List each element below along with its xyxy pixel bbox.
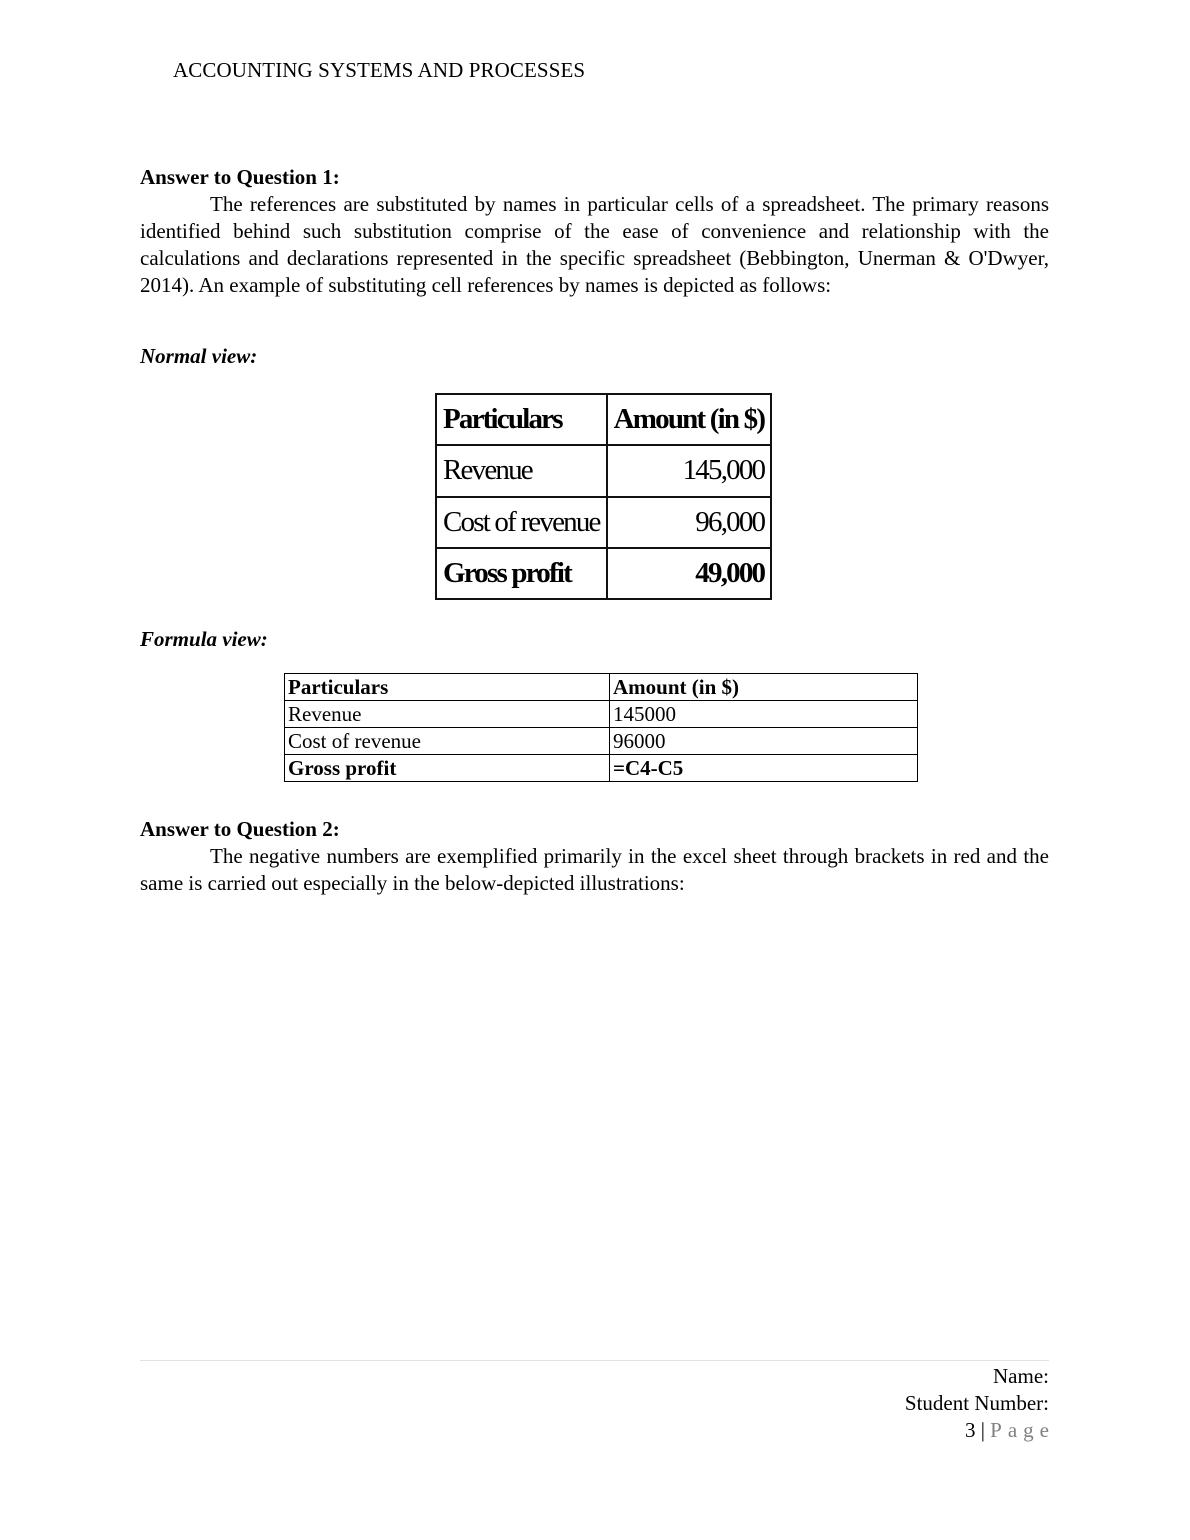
cell-label: Revenue (436, 445, 607, 496)
running-header: ACCOUNTING SYSTEMS AND PROCESSES (173, 58, 585, 83)
page-word: Page (990, 1418, 1055, 1442)
cell-value: 145000 (610, 701, 918, 728)
question-1-paragraph: The references are substituted by names … (140, 191, 1049, 299)
formula-view-label: Formula view: (140, 627, 268, 652)
cell-value: 49,000 (607, 548, 772, 599)
header-cell-particulars: Particulars (285, 674, 610, 701)
table-row: Revenue 145000 (285, 701, 918, 728)
table-row: Cost of revenue 96,000 (436, 497, 771, 548)
normal-view-label: Normal view: (140, 344, 257, 369)
page-number: 3 (965, 1418, 976, 1442)
header-cell-amount: Amount (in $) (610, 674, 918, 701)
cell-label: Gross profit (436, 548, 607, 599)
page-indicator: 3 | Page (905, 1417, 1049, 1444)
table-header-row: Particulars Amount (in $) (285, 674, 918, 701)
question-1-section: Answer to Question 1: The references are… (140, 164, 1049, 299)
cell-label: Cost of revenue (436, 497, 607, 548)
cell-value: =C4-C5 (610, 755, 918, 782)
cell-label: Cost of revenue (285, 728, 610, 755)
table-row: Cost of revenue 96000 (285, 728, 918, 755)
header-cell-amount: Amount (in $) (607, 394, 772, 445)
question-2-heading: Answer to Question 2: (140, 816, 1049, 843)
normal-view-table-image: Particulars Amount (in $) Revenue 145,00… (435, 393, 772, 600)
table-row: Revenue 145,000 (436, 445, 771, 496)
student-number-label: Student Number: (905, 1390, 1049, 1417)
page-footer: Name: Student Number: 3 | Page (905, 1363, 1049, 1444)
name-label: Name: (905, 1363, 1049, 1390)
cell-value: 96000 (610, 728, 918, 755)
cell-label: Revenue (285, 701, 610, 728)
cell-label: Gross profit (285, 755, 610, 782)
table-row: Gross profit =C4-C5 (285, 755, 918, 782)
formula-view-table: Particulars Amount (in $) Revenue 145000… (284, 673, 918, 782)
question-2-paragraph: The negative numbers are exemplified pri… (140, 843, 1049, 897)
question-2-section: Answer to Question 2: The negative numbe… (140, 816, 1049, 897)
question-1-heading: Answer to Question 1: (140, 164, 1049, 191)
cell-value: 96,000 (607, 497, 772, 548)
page-separator: | (981, 1418, 985, 1442)
table-header-row: Particulars Amount (in $) (436, 394, 771, 445)
footer-divider (140, 1360, 1049, 1361)
cell-value: 145,000 (607, 445, 772, 496)
header-cell-particulars: Particulars (436, 394, 607, 445)
table-row: Gross profit 49,000 (436, 548, 771, 599)
